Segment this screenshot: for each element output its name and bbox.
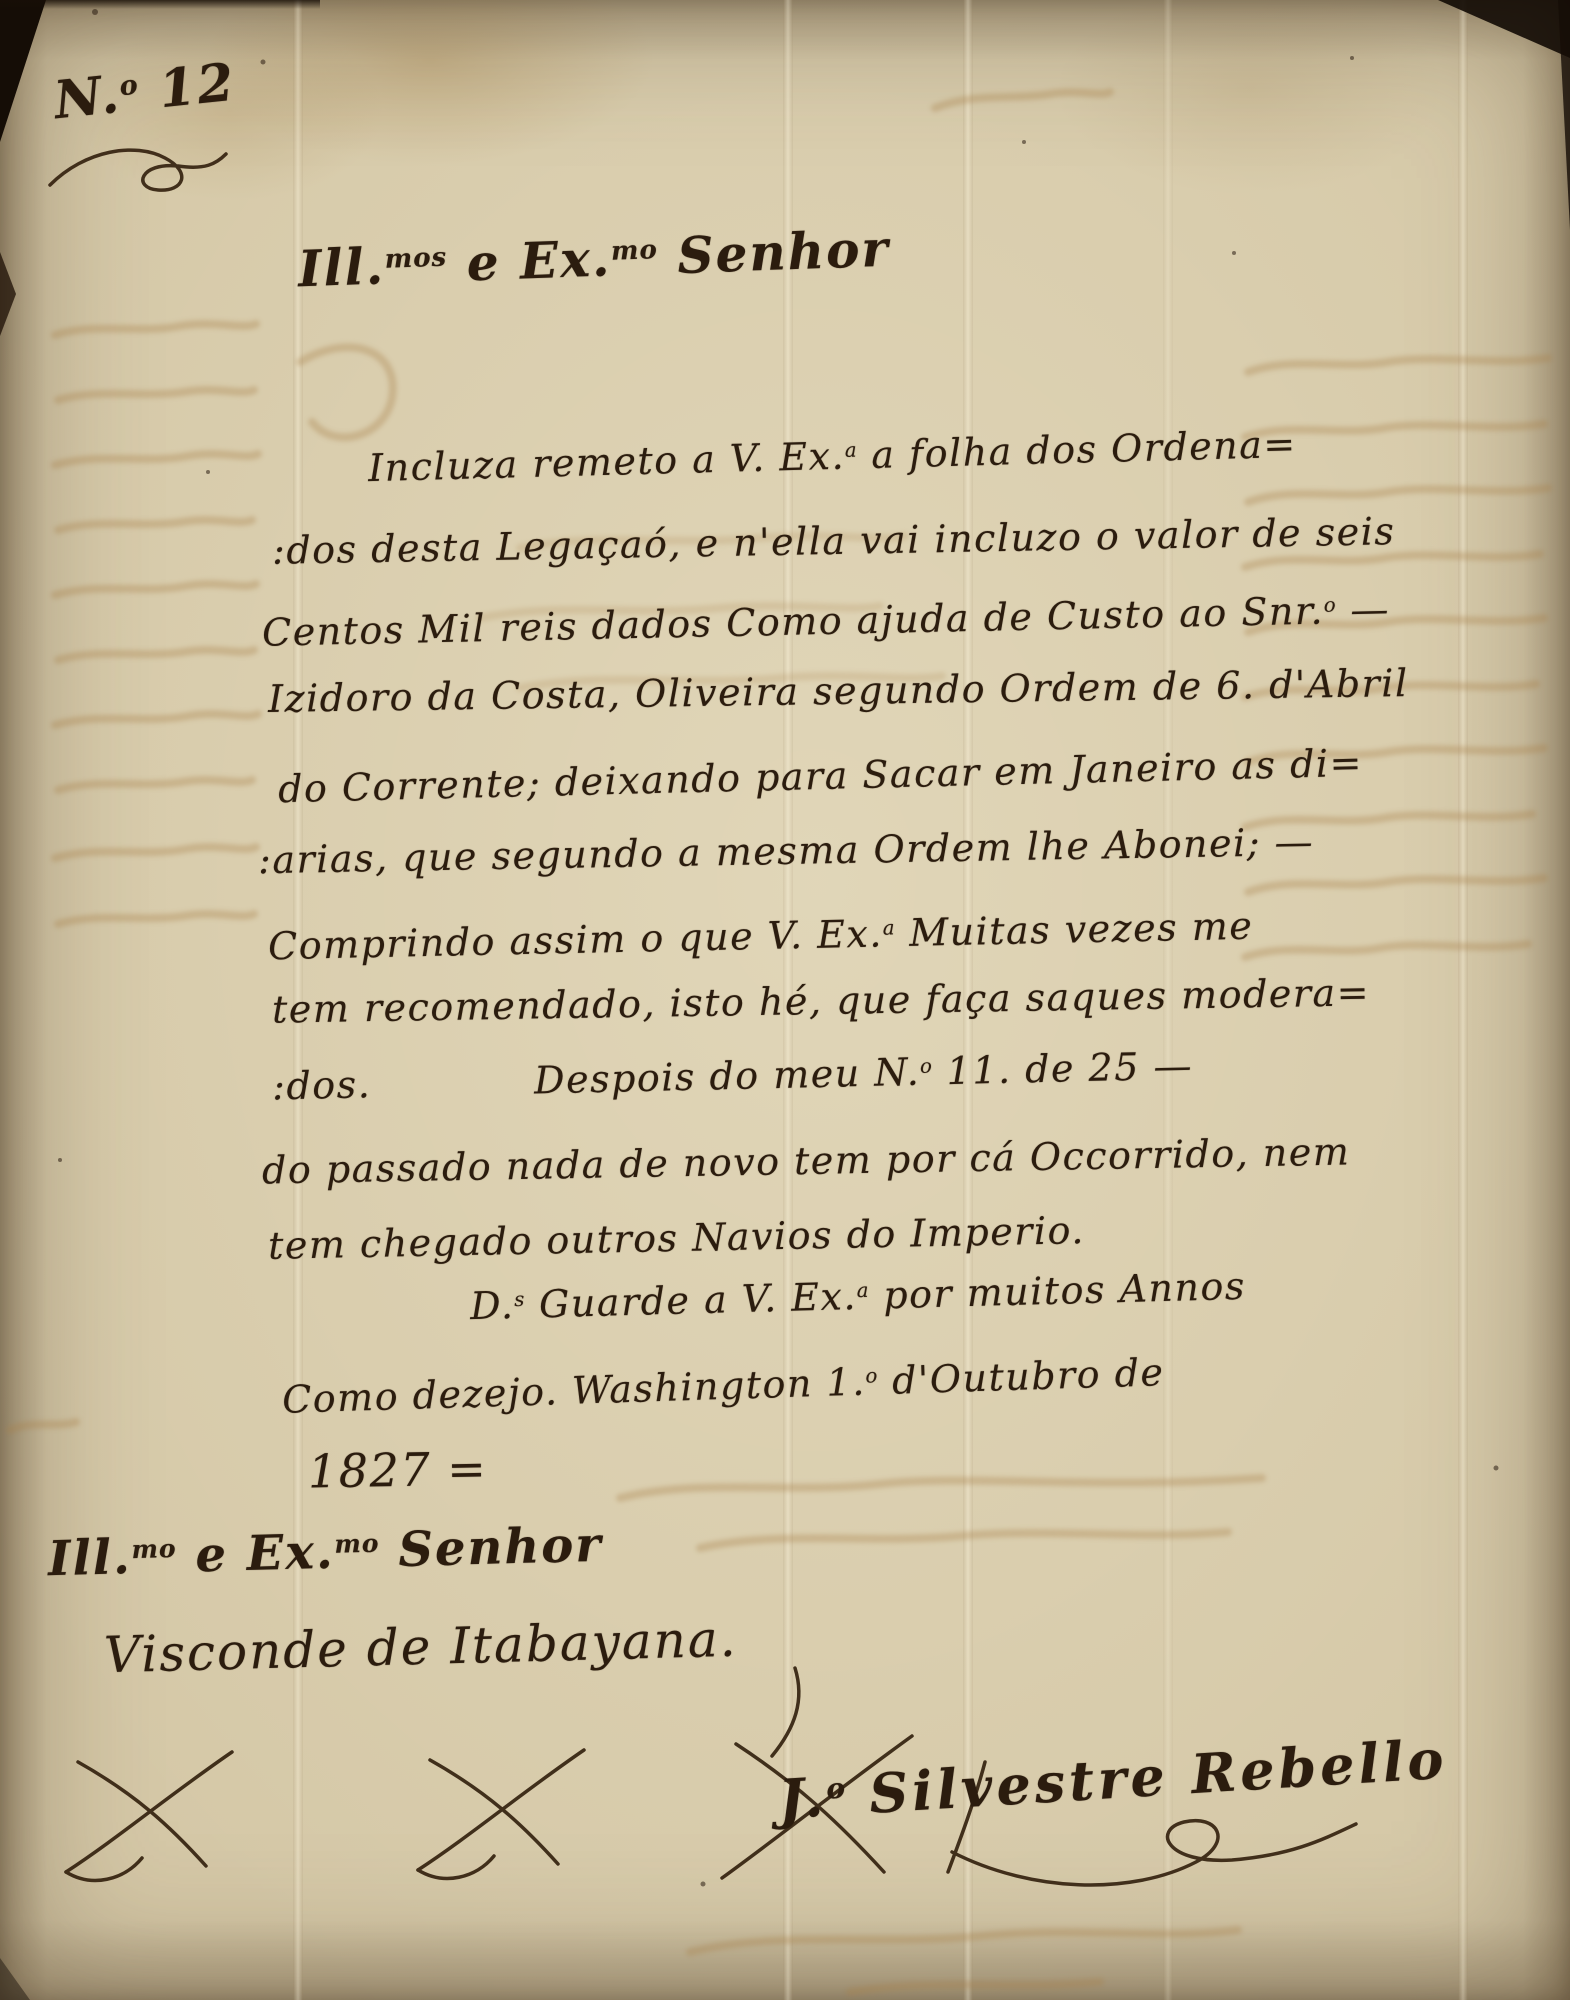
body-line-6: :arias, que segundo a mesma Ordem lhe Ab… xyxy=(258,823,1315,879)
body-line-12: D.s Guarde a V. Ex.a por muitos Annos xyxy=(470,1267,1247,1325)
body-line-1: Incluza remeto a V. Ex.a a folha dos Ord… xyxy=(368,425,1297,487)
document-number: N.o 12 xyxy=(52,57,238,128)
corner-shadow xyxy=(0,1958,30,2000)
body-line-4: Izidoro da Costa, Oliveira segundo Ordem… xyxy=(268,664,1409,718)
addressee-line-1: Ill.mo e Ex.mo Senhor xyxy=(47,1521,603,1584)
body-line-5: do Corrente; deixando para Sacar em Jane… xyxy=(278,744,1364,808)
body-line-14: 1827 = xyxy=(308,1445,488,1494)
body-line-13: Como dezejo. Washington 1.o d'Outubro de xyxy=(282,1353,1165,1419)
signature: J.o Silvestre Rebello xyxy=(777,1732,1449,1827)
body-line-8: tem recomendado, isto hé, que faça saque… xyxy=(272,973,1371,1028)
corner-shadow xyxy=(0,0,46,142)
addressee-line-2: Visconde de Itabayana. xyxy=(103,1614,738,1681)
body-line-3: Centos Mil reis dados Como ajuda de Cust… xyxy=(262,590,1391,652)
body-line-11: tem chegado outros Navios do Imperio. xyxy=(268,1211,1085,1265)
body-line-10: do passado nada de novo tem por cá Occor… xyxy=(262,1133,1351,1190)
body-line-7: Comprindo assim o que V. Ex.a Muitas vez… xyxy=(268,907,1254,966)
ghost-bleedthrough-group xyxy=(10,92,1548,1992)
body-line-2: :dos desta Legaçaó, e n'ella vai incluzo… xyxy=(272,512,1396,570)
body-line-9: :dos. Despois do meu N.o 11. de 25 — xyxy=(272,1047,1194,1106)
corner-shadow xyxy=(1558,0,1570,230)
corner-shadow xyxy=(0,0,320,9)
fold-line xyxy=(1458,0,1468,2000)
manuscript-page: N.o 12 Ill.mos e Ex.mo Senhor Incluza re… xyxy=(0,0,1570,2000)
corner-shadow xyxy=(1438,0,1570,58)
corner-shadow xyxy=(0,252,16,336)
salutation: Ill.mos e Ex.mo Senhor xyxy=(297,224,890,295)
